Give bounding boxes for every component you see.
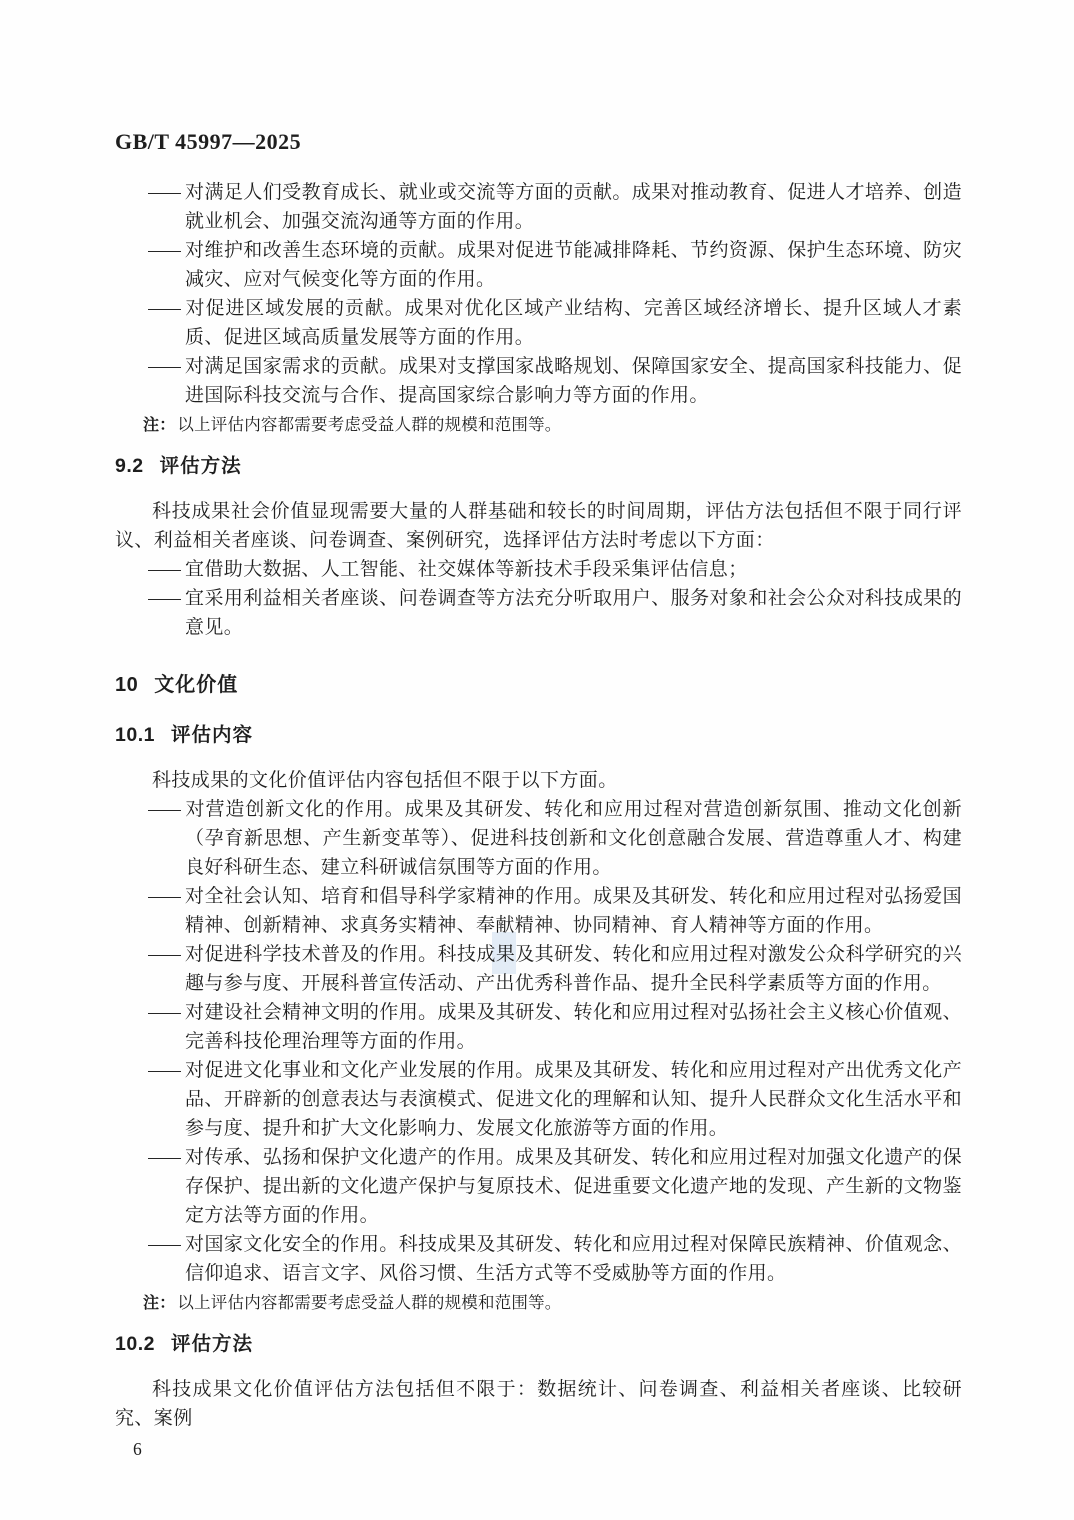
list-item-text: 对国家文化安全的作用。科技成果及其研发、转化和应用过程对保障民族精神、价值观念、… bbox=[185, 1234, 962, 1284]
document-body: 对满足人们受教育成长、就业或交流等方面的贡献。成果对推动教育、促进人才培养、创造… bbox=[115, 178, 962, 1433]
list-item: 对促进科学技术普及的作用。科技成果及其研发、转化和应用过程对激发公众科学研究的兴… bbox=[115, 940, 962, 998]
heading-title: 文化价值 bbox=[154, 674, 238, 696]
dash-bullet-icon bbox=[148, 810, 181, 811]
list-item-text: 对促进科学技术普及的作用。科技成果及其研发、转化和应用过程对激发公众科学研究的兴… bbox=[185, 944, 962, 994]
list-item-text: 宜采用利益相关者座谈、问卷调查等方法充分听取用户、服务对象和社会公众对科技成果的… bbox=[185, 588, 962, 638]
heading-title: 评估方法 bbox=[171, 1333, 253, 1355]
heading-number: 9.2 bbox=[115, 455, 144, 477]
dash-bullet-icon bbox=[148, 1071, 181, 1072]
dash-bullet-icon bbox=[148, 955, 181, 956]
dash-list: 宜借助大数据、人工智能、社交媒体等新技术手段采集评估信息；宜采用利益相关者座谈、… bbox=[115, 555, 962, 642]
dash-bullet-icon bbox=[148, 251, 181, 252]
note: 注：以上评估内容都需要考虑受益人群的规模和范围等。 bbox=[143, 413, 962, 438]
list-item-text: 对促进文化事业和文化产业发展的作用。成果及其研发、转化和应用过程对产出优秀文化产… bbox=[185, 1060, 962, 1139]
page-content: GB/T 45997—2025 对满足人们受教育成长、就业或交流等方面的贡献。成… bbox=[115, 0, 962, 1461]
list-item: 对维护和改善生态环境的贡献。成果对促进节能减排降耗、节约资源、保护生态环境、防灾… bbox=[115, 236, 962, 294]
section-heading: 10.1评估内容 bbox=[115, 724, 962, 747]
note: 注：以上评估内容都需要考虑受益人群的规模和范围等。 bbox=[143, 1291, 962, 1316]
dash-bullet-icon bbox=[148, 1013, 181, 1014]
list-item: 宜采用利益相关者座谈、问卷调查等方法充分听取用户、服务对象和社会公众对科技成果的… bbox=[115, 584, 962, 642]
paragraph: 科技成果社会价值显现需要大量的人群基础和较长的时间周期，评估方法包括但不限于同行… bbox=[115, 497, 962, 555]
heading-number: 10.1 bbox=[115, 724, 155, 746]
list-item-text: 对传承、弘扬和保护文化遗产的作用。成果及其研发、转化和应用过程对加强文化遗产的保… bbox=[185, 1147, 962, 1226]
list-item: 对营造创新文化的作用。成果及其研发、转化和应用过程对营造创新氛围、推动文化创新（… bbox=[115, 795, 962, 882]
list-item: 对传承、弘扬和保护文化遗产的作用。成果及其研发、转化和应用过程对加强文化遗产的保… bbox=[115, 1143, 962, 1230]
list-item-text: 对满足人们受教育成长、就业或交流等方面的贡献。成果对推动教育、促进人才培养、创造… bbox=[185, 182, 962, 232]
section-heading: 10.2评估方法 bbox=[115, 1333, 962, 1356]
list-item-text: 对满足国家需求的贡献。成果对支撑国家战略规划、保障国家安全、提高国家科技能力、促… bbox=[185, 356, 962, 406]
standard-number-header: GB/T 45997—2025 bbox=[115, 0, 962, 154]
list-item-text: 宜借助大数据、人工智能、社交媒体等新技术手段采集评估信息； bbox=[185, 559, 748, 580]
list-item-text: 对全社会认知、培育和倡导科学家精神的作用。成果及其研发、转化和应用过程对弘扬爱国… bbox=[185, 886, 962, 936]
list-item: 宜借助大数据、人工智能、社交媒体等新技术手段采集评估信息； bbox=[115, 555, 962, 584]
list-item: 对促进文化事业和文化产业发展的作用。成果及其研发、转化和应用过程对产出优秀文化产… bbox=[115, 1056, 962, 1143]
standard-document-page: GB/T 45997—2025 对满足人们受教育成长、就业或交流等方面的贡献。成… bbox=[0, 0, 1074, 1520]
page-number: 6 bbox=[133, 1437, 962, 1461]
list-item: 对全社会认知、培育和倡导科学家精神的作用。成果及其研发、转化和应用过程对弘扬爱国… bbox=[115, 882, 962, 940]
section-heading: 9.2评估方法 bbox=[115, 455, 962, 478]
dash-bullet-icon bbox=[148, 1158, 181, 1159]
dash-bullet-icon bbox=[148, 193, 181, 194]
dash-bullet-icon bbox=[148, 367, 181, 368]
heading-title: 评估方法 bbox=[160, 455, 242, 477]
note-text: 以上评估内容都需要考虑受益人群的规模和范围等。 bbox=[177, 1293, 561, 1312]
dash-list: 对营造创新文化的作用。成果及其研发、转化和应用过程对营造创新氛围、推动文化创新（… bbox=[115, 795, 962, 1288]
heading-number: 10.2 bbox=[115, 1333, 155, 1355]
list-item: 对建设社会精神文明的作用。成果及其研发、转化和应用过程对弘扬社会主义核心价值观、… bbox=[115, 998, 962, 1056]
dash-bullet-icon bbox=[148, 309, 181, 310]
chapter-heading: 10文化价值 bbox=[115, 673, 962, 697]
list-item: 对国家文化安全的作用。科技成果及其研发、转化和应用过程对保障民族精神、价值观念、… bbox=[115, 1230, 962, 1288]
dash-bullet-icon bbox=[148, 599, 181, 600]
dash-list: 对满足人们受教育成长、就业或交流等方面的贡献。成果对推动教育、促进人才培养、创造… bbox=[115, 178, 962, 410]
dash-bullet-icon bbox=[148, 1245, 181, 1246]
note-text: 以上评估内容都需要考虑受益人群的规模和范围等。 bbox=[177, 415, 561, 434]
note-label: 注： bbox=[143, 417, 175, 434]
list-item-text: 对营造创新文化的作用。成果及其研发、转化和应用过程对营造创新氛围、推动文化创新（… bbox=[185, 799, 962, 878]
dash-bullet-icon bbox=[148, 897, 181, 898]
heading-number: 10 bbox=[115, 674, 138, 696]
list-item: 对满足人们受教育成长、就业或交流等方面的贡献。成果对推动教育、促进人才培养、创造… bbox=[115, 178, 962, 236]
list-item-text: 对促进区域发展的贡献。成果对优化区域产业结构、完善区域经济增长、提升区域人才素质… bbox=[185, 298, 962, 348]
paragraph: 科技成果文化价值评估方法包括但不限于：数据统计、问卷调查、利益相关者座谈、比较研… bbox=[115, 1375, 962, 1433]
list-item-text: 对维护和改善生态环境的贡献。成果对促进节能减排降耗、节约资源、保护生态环境、防灾… bbox=[185, 240, 962, 290]
paragraph: 科技成果的文化价值评估内容包括但不限于以下方面。 bbox=[115, 766, 962, 795]
dash-bullet-icon bbox=[148, 570, 181, 571]
list-item: 对满足国家需求的贡献。成果对支撑国家战略规划、保障国家安全、提高国家科技能力、促… bbox=[115, 352, 962, 410]
note-label: 注： bbox=[143, 1295, 175, 1312]
list-item-text: 对建设社会精神文明的作用。成果及其研发、转化和应用过程对弘扬社会主义核心价值观、… bbox=[185, 1002, 962, 1052]
list-item: 对促进区域发展的贡献。成果对优化区域产业结构、完善区域经济增长、提升区域人才素质… bbox=[115, 294, 962, 352]
heading-title: 评估内容 bbox=[171, 724, 253, 746]
